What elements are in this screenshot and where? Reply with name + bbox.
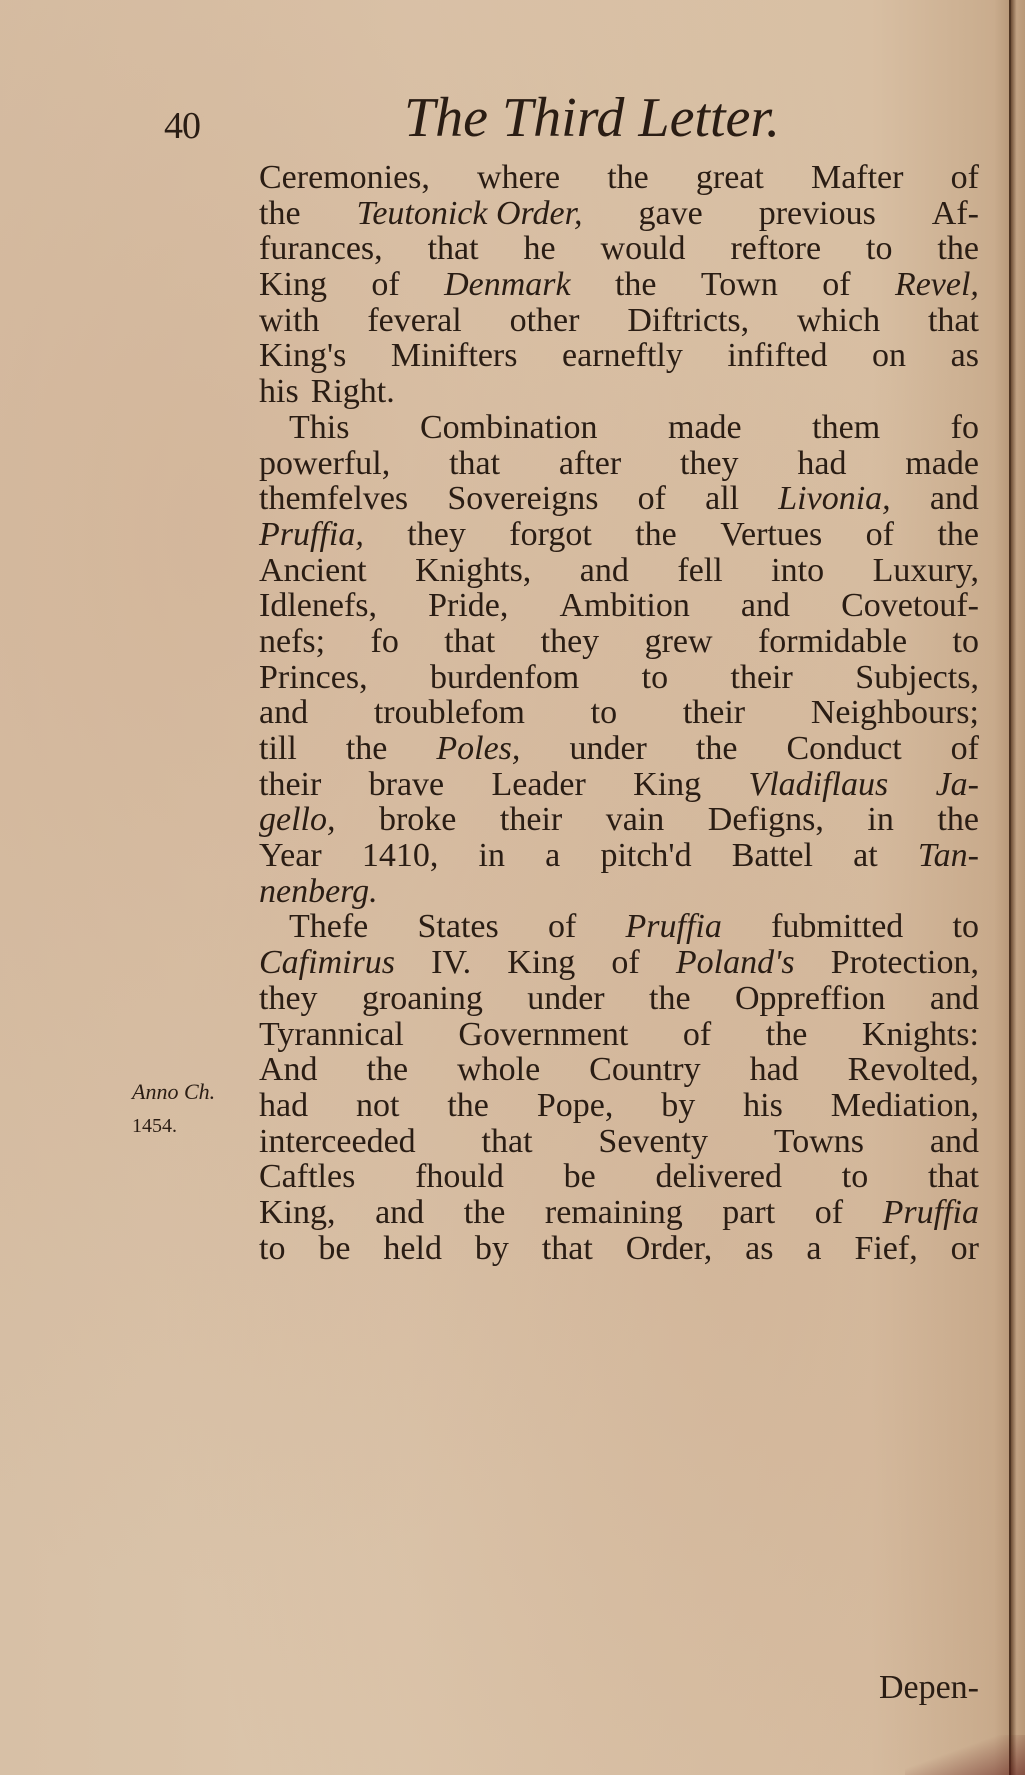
word: of bbox=[611, 945, 639, 981]
book-page: 40 The Third Letter. Anno Ch. 1454. Cere… bbox=[0, 0, 1025, 1775]
word: till bbox=[259, 731, 297, 767]
word: King's bbox=[259, 338, 346, 374]
word: Ambition bbox=[559, 588, 689, 624]
text-line: nenberg. bbox=[259, 874, 979, 910]
text-line: ThefeStatesofPruffiafubmittedto bbox=[259, 909, 979, 945]
word: Af- bbox=[932, 196, 979, 232]
running-title: The Third Letter. bbox=[404, 86, 780, 150]
word: their bbox=[683, 695, 745, 731]
word: Pruffia bbox=[626, 909, 722, 945]
word: on bbox=[872, 338, 906, 374]
word: Mediation, bbox=[831, 1088, 979, 1124]
margin-note-year: 1454. bbox=[132, 1109, 242, 1143]
word: Order, bbox=[626, 1231, 712, 1267]
word: the bbox=[937, 802, 979, 838]
word: as bbox=[951, 338, 979, 374]
book-binding-edge bbox=[1009, 0, 1025, 1775]
word: States bbox=[418, 909, 499, 945]
page-header: 40 The Third Letter. bbox=[164, 86, 984, 156]
word: his bbox=[743, 1088, 783, 1124]
word: Towns bbox=[774, 1124, 864, 1160]
word: that bbox=[449, 446, 500, 482]
word: after bbox=[559, 446, 621, 482]
word: fo bbox=[951, 410, 979, 446]
word: broke bbox=[379, 802, 456, 838]
word: formidable bbox=[758, 624, 907, 660]
word: Pruffia bbox=[883, 1195, 979, 1231]
word: remaining bbox=[545, 1195, 683, 1231]
word: reftore bbox=[730, 231, 821, 267]
word: of bbox=[638, 481, 666, 517]
word: Teutonick Order, bbox=[357, 196, 583, 232]
word: Year bbox=[259, 838, 322, 874]
word: delivered bbox=[655, 1159, 782, 1195]
word: Knights, bbox=[415, 553, 531, 589]
word: Oppreffion bbox=[735, 981, 885, 1017]
word: under bbox=[527, 981, 604, 1017]
text-line: themfelvesSovereignsofallLivonia,and bbox=[259, 481, 979, 517]
text-line: Pruffia,theyforgottheVertuesofthe bbox=[259, 517, 979, 553]
word: of bbox=[866, 517, 894, 553]
word: King, bbox=[259, 1195, 336, 1231]
word: the bbox=[649, 981, 691, 1017]
text-line: King,andtheremainingpartofPruffia bbox=[259, 1195, 979, 1231]
word: furances, bbox=[259, 231, 383, 267]
word: of bbox=[822, 267, 850, 303]
text-line: theygroaningundertheOppreffionand bbox=[259, 981, 979, 1017]
word: all bbox=[705, 481, 739, 517]
word: gello, bbox=[259, 802, 335, 838]
word: Tan- bbox=[918, 838, 979, 874]
word: and bbox=[930, 481, 979, 517]
word: in bbox=[867, 802, 893, 838]
word: made bbox=[668, 410, 742, 446]
word: where bbox=[477, 160, 560, 196]
margin-note-label: Anno Ch. bbox=[132, 1075, 242, 1109]
word: Pope, bbox=[537, 1088, 614, 1124]
word: to bbox=[642, 660, 668, 696]
word: 1410, bbox=[362, 838, 439, 874]
word: the bbox=[259, 196, 301, 232]
word: Ceremonies, bbox=[259, 160, 430, 196]
word: the bbox=[937, 517, 979, 553]
word: Idlenefs, bbox=[259, 588, 377, 624]
margin-note: Anno Ch. 1454. bbox=[132, 1075, 242, 1143]
word: would bbox=[601, 231, 686, 267]
word: Caftles bbox=[259, 1159, 355, 1195]
word: King bbox=[633, 767, 701, 803]
word: Revolted, bbox=[848, 1052, 979, 1088]
word: nenberg. bbox=[259, 874, 378, 910]
word: not bbox=[356, 1088, 399, 1124]
word: infifted bbox=[727, 338, 827, 374]
word: Denmark bbox=[444, 267, 571, 303]
word: Town bbox=[701, 267, 778, 303]
word: to bbox=[259, 1231, 285, 1267]
word: in bbox=[479, 838, 505, 874]
word: a bbox=[806, 1231, 821, 1267]
word: Minifters bbox=[391, 338, 518, 374]
word: had bbox=[259, 1088, 308, 1124]
word: of bbox=[548, 909, 576, 945]
word: vain bbox=[606, 802, 665, 838]
word: he bbox=[524, 231, 556, 267]
word: of bbox=[815, 1195, 843, 1231]
word: to bbox=[842, 1159, 868, 1195]
text-line: AndthewholeCountryhadRevolted, bbox=[259, 1052, 979, 1088]
word: Vertues bbox=[720, 517, 822, 553]
word: that bbox=[444, 624, 495, 660]
text-line: Caftlesfhouldbedeliveredtothat bbox=[259, 1159, 979, 1195]
word: and bbox=[580, 553, 629, 589]
word: the bbox=[607, 160, 649, 196]
word: nefs; bbox=[259, 624, 325, 660]
word: Poles, bbox=[436, 731, 520, 767]
word: the bbox=[937, 231, 979, 267]
word: the bbox=[766, 1017, 808, 1053]
word: to bbox=[866, 231, 892, 267]
word: their bbox=[500, 802, 562, 838]
word: burdenfom bbox=[430, 660, 579, 696]
word: by bbox=[475, 1231, 509, 1267]
word: pitch'd bbox=[600, 838, 691, 874]
word: their bbox=[259, 767, 321, 803]
word: This bbox=[289, 410, 349, 446]
word: Pride, bbox=[428, 588, 508, 624]
word: Right. bbox=[311, 374, 395, 410]
word: that bbox=[428, 231, 479, 267]
word: previous bbox=[759, 196, 876, 232]
word: of bbox=[371, 267, 399, 303]
word: with bbox=[259, 303, 319, 339]
text-line: hisRight. bbox=[259, 374, 979, 410]
text-line: tillthePoles,undertheConductof bbox=[259, 731, 979, 767]
word: Diftricts, bbox=[627, 303, 749, 339]
word: whole bbox=[457, 1052, 540, 1088]
text-line: furances,thathewouldreftoretothe bbox=[259, 231, 979, 267]
catchword: Depen- bbox=[259, 1670, 979, 1706]
text-line: theirbraveLeaderKingVladiflausJa- bbox=[259, 767, 979, 803]
word: feveral bbox=[367, 303, 461, 339]
word: and bbox=[741, 588, 790, 624]
word: King bbox=[259, 267, 327, 303]
word: the bbox=[635, 517, 677, 553]
word: powerful, bbox=[259, 446, 390, 482]
word: part bbox=[722, 1195, 775, 1231]
text-line: CafimirusIV.KingofPoland'sProtection, bbox=[259, 945, 979, 981]
body-text: Ceremonies,wherethegreatMafteroftheTeuto… bbox=[259, 160, 979, 1266]
word: groaning bbox=[362, 981, 483, 1017]
word: they bbox=[541, 624, 600, 660]
word: at bbox=[853, 838, 878, 874]
word: Seventy bbox=[598, 1124, 708, 1160]
word: of bbox=[951, 160, 979, 196]
text-line: gello,broketheirvainDefigns,inthe bbox=[259, 802, 979, 838]
word: Government bbox=[458, 1017, 628, 1053]
text-line: TyrannicalGovernmentoftheKnights: bbox=[259, 1017, 979, 1053]
word: to bbox=[953, 909, 979, 945]
binding-shadow bbox=[905, 1735, 1025, 1775]
catchword-block: Depen- bbox=[259, 1670, 979, 1706]
word: Protection, bbox=[831, 945, 979, 981]
word: IV. bbox=[431, 945, 471, 981]
word: by bbox=[661, 1088, 695, 1124]
word: forgot bbox=[509, 517, 591, 553]
word: themfelves bbox=[259, 481, 408, 517]
word: to bbox=[953, 624, 979, 660]
word: a bbox=[545, 838, 560, 874]
word: other bbox=[510, 303, 580, 339]
word: the bbox=[346, 731, 388, 767]
word: Defigns, bbox=[708, 802, 824, 838]
word: troublefom bbox=[374, 695, 525, 731]
text-line: Ceremonies,wherethegreatMafterof bbox=[259, 160, 979, 196]
word: Country bbox=[589, 1052, 700, 1088]
text-line: andtroublefomtotheirNeighbours; bbox=[259, 695, 979, 731]
word: Thefe bbox=[289, 909, 368, 945]
text-line: Year1410,inapitch'dBattelatTan- bbox=[259, 838, 979, 874]
word: Livonia, bbox=[778, 481, 890, 517]
word: Subjects, bbox=[855, 660, 979, 696]
word: Leader bbox=[491, 767, 585, 803]
word: interceeded bbox=[259, 1124, 416, 1160]
word: Cafimirus bbox=[259, 945, 395, 981]
word: had bbox=[797, 446, 846, 482]
word: of bbox=[951, 731, 979, 767]
word: Mafter bbox=[811, 160, 904, 196]
word: King bbox=[507, 945, 575, 981]
word: Revel, bbox=[895, 267, 979, 303]
word: Conduct bbox=[786, 731, 901, 767]
word: and bbox=[375, 1195, 424, 1231]
word: fhould bbox=[415, 1159, 504, 1195]
word: fell bbox=[677, 553, 722, 589]
word: fubmitted bbox=[771, 909, 903, 945]
word: Ja- bbox=[936, 767, 979, 803]
word: Poland's bbox=[676, 945, 795, 981]
word: the bbox=[464, 1195, 506, 1231]
word: Neighbours; bbox=[811, 695, 979, 731]
text-line: hadnotthePope,byhisMediation, bbox=[259, 1088, 979, 1124]
word: them bbox=[812, 410, 880, 446]
word: Sovereigns bbox=[447, 481, 598, 517]
word: Vladiflaus bbox=[748, 767, 888, 803]
word: earneftly bbox=[562, 338, 683, 374]
word: grew bbox=[645, 624, 713, 660]
word: and bbox=[930, 1124, 979, 1160]
word: Pruffia, bbox=[259, 517, 364, 553]
word: their bbox=[731, 660, 793, 696]
word: Covetouf- bbox=[841, 588, 979, 624]
word: held bbox=[383, 1231, 442, 1267]
word: that bbox=[542, 1231, 593, 1267]
text-line: theTeutonick Order,gavepreviousAf- bbox=[259, 196, 979, 232]
word: which bbox=[797, 303, 880, 339]
word: of bbox=[683, 1017, 711, 1053]
word: fo bbox=[371, 624, 399, 660]
word: Tyrannical bbox=[259, 1017, 404, 1053]
word: under bbox=[569, 731, 646, 767]
text-line: KingofDenmarktheTownofRevel, bbox=[259, 267, 979, 303]
word: Ancient bbox=[259, 553, 367, 589]
word: be bbox=[318, 1231, 350, 1267]
word: made bbox=[905, 446, 979, 482]
text-line: tobeheldbythatOrder,asaFief,or bbox=[259, 1231, 979, 1267]
page-number: 40 bbox=[164, 104, 200, 148]
word: gave bbox=[639, 196, 703, 232]
word: they bbox=[259, 981, 318, 1017]
word: that bbox=[928, 1159, 979, 1195]
text-line: withfeveralotherDiftricts,whichthat bbox=[259, 303, 979, 339]
word: and bbox=[259, 695, 308, 731]
word: into bbox=[771, 553, 824, 589]
word: be bbox=[564, 1159, 596, 1195]
word: as bbox=[745, 1231, 773, 1267]
word: and bbox=[930, 981, 979, 1017]
text-line: King'sMiniftersearneftlyinfiftedonas bbox=[259, 338, 979, 374]
word: great bbox=[696, 160, 764, 196]
text-line: powerful,thataftertheyhadmade bbox=[259, 446, 979, 482]
word: his bbox=[259, 374, 299, 410]
text-line: AncientKnights,andfellintoLuxury, bbox=[259, 553, 979, 589]
word: that bbox=[482, 1124, 533, 1160]
word: to bbox=[591, 695, 617, 731]
word: they bbox=[407, 517, 466, 553]
text-line: Princes,burdenfomtotheirSubjects, bbox=[259, 660, 979, 696]
word: had bbox=[750, 1052, 799, 1088]
text-line: Idlenefs,Pride,AmbitionandCovetouf- bbox=[259, 588, 979, 624]
word: Combination bbox=[420, 410, 598, 446]
word: the bbox=[696, 731, 738, 767]
word: Knights: bbox=[862, 1017, 979, 1053]
text-line: nefs;fothattheygrewformidableto bbox=[259, 624, 979, 660]
word: the bbox=[367, 1052, 409, 1088]
word: brave bbox=[369, 767, 445, 803]
word: Princes, bbox=[259, 660, 368, 696]
text-line: ThisCombinationmadethemfo bbox=[259, 410, 979, 446]
word: Battel bbox=[732, 838, 813, 874]
word: the bbox=[615, 267, 657, 303]
word: And bbox=[259, 1052, 318, 1088]
word: the bbox=[447, 1088, 489, 1124]
word: or bbox=[951, 1231, 979, 1267]
text-line: interceededthatSeventyTownsand bbox=[259, 1124, 979, 1160]
word: Fief, bbox=[854, 1231, 917, 1267]
word: they bbox=[680, 446, 739, 482]
word: Luxury, bbox=[873, 553, 979, 589]
word: that bbox=[928, 303, 979, 339]
